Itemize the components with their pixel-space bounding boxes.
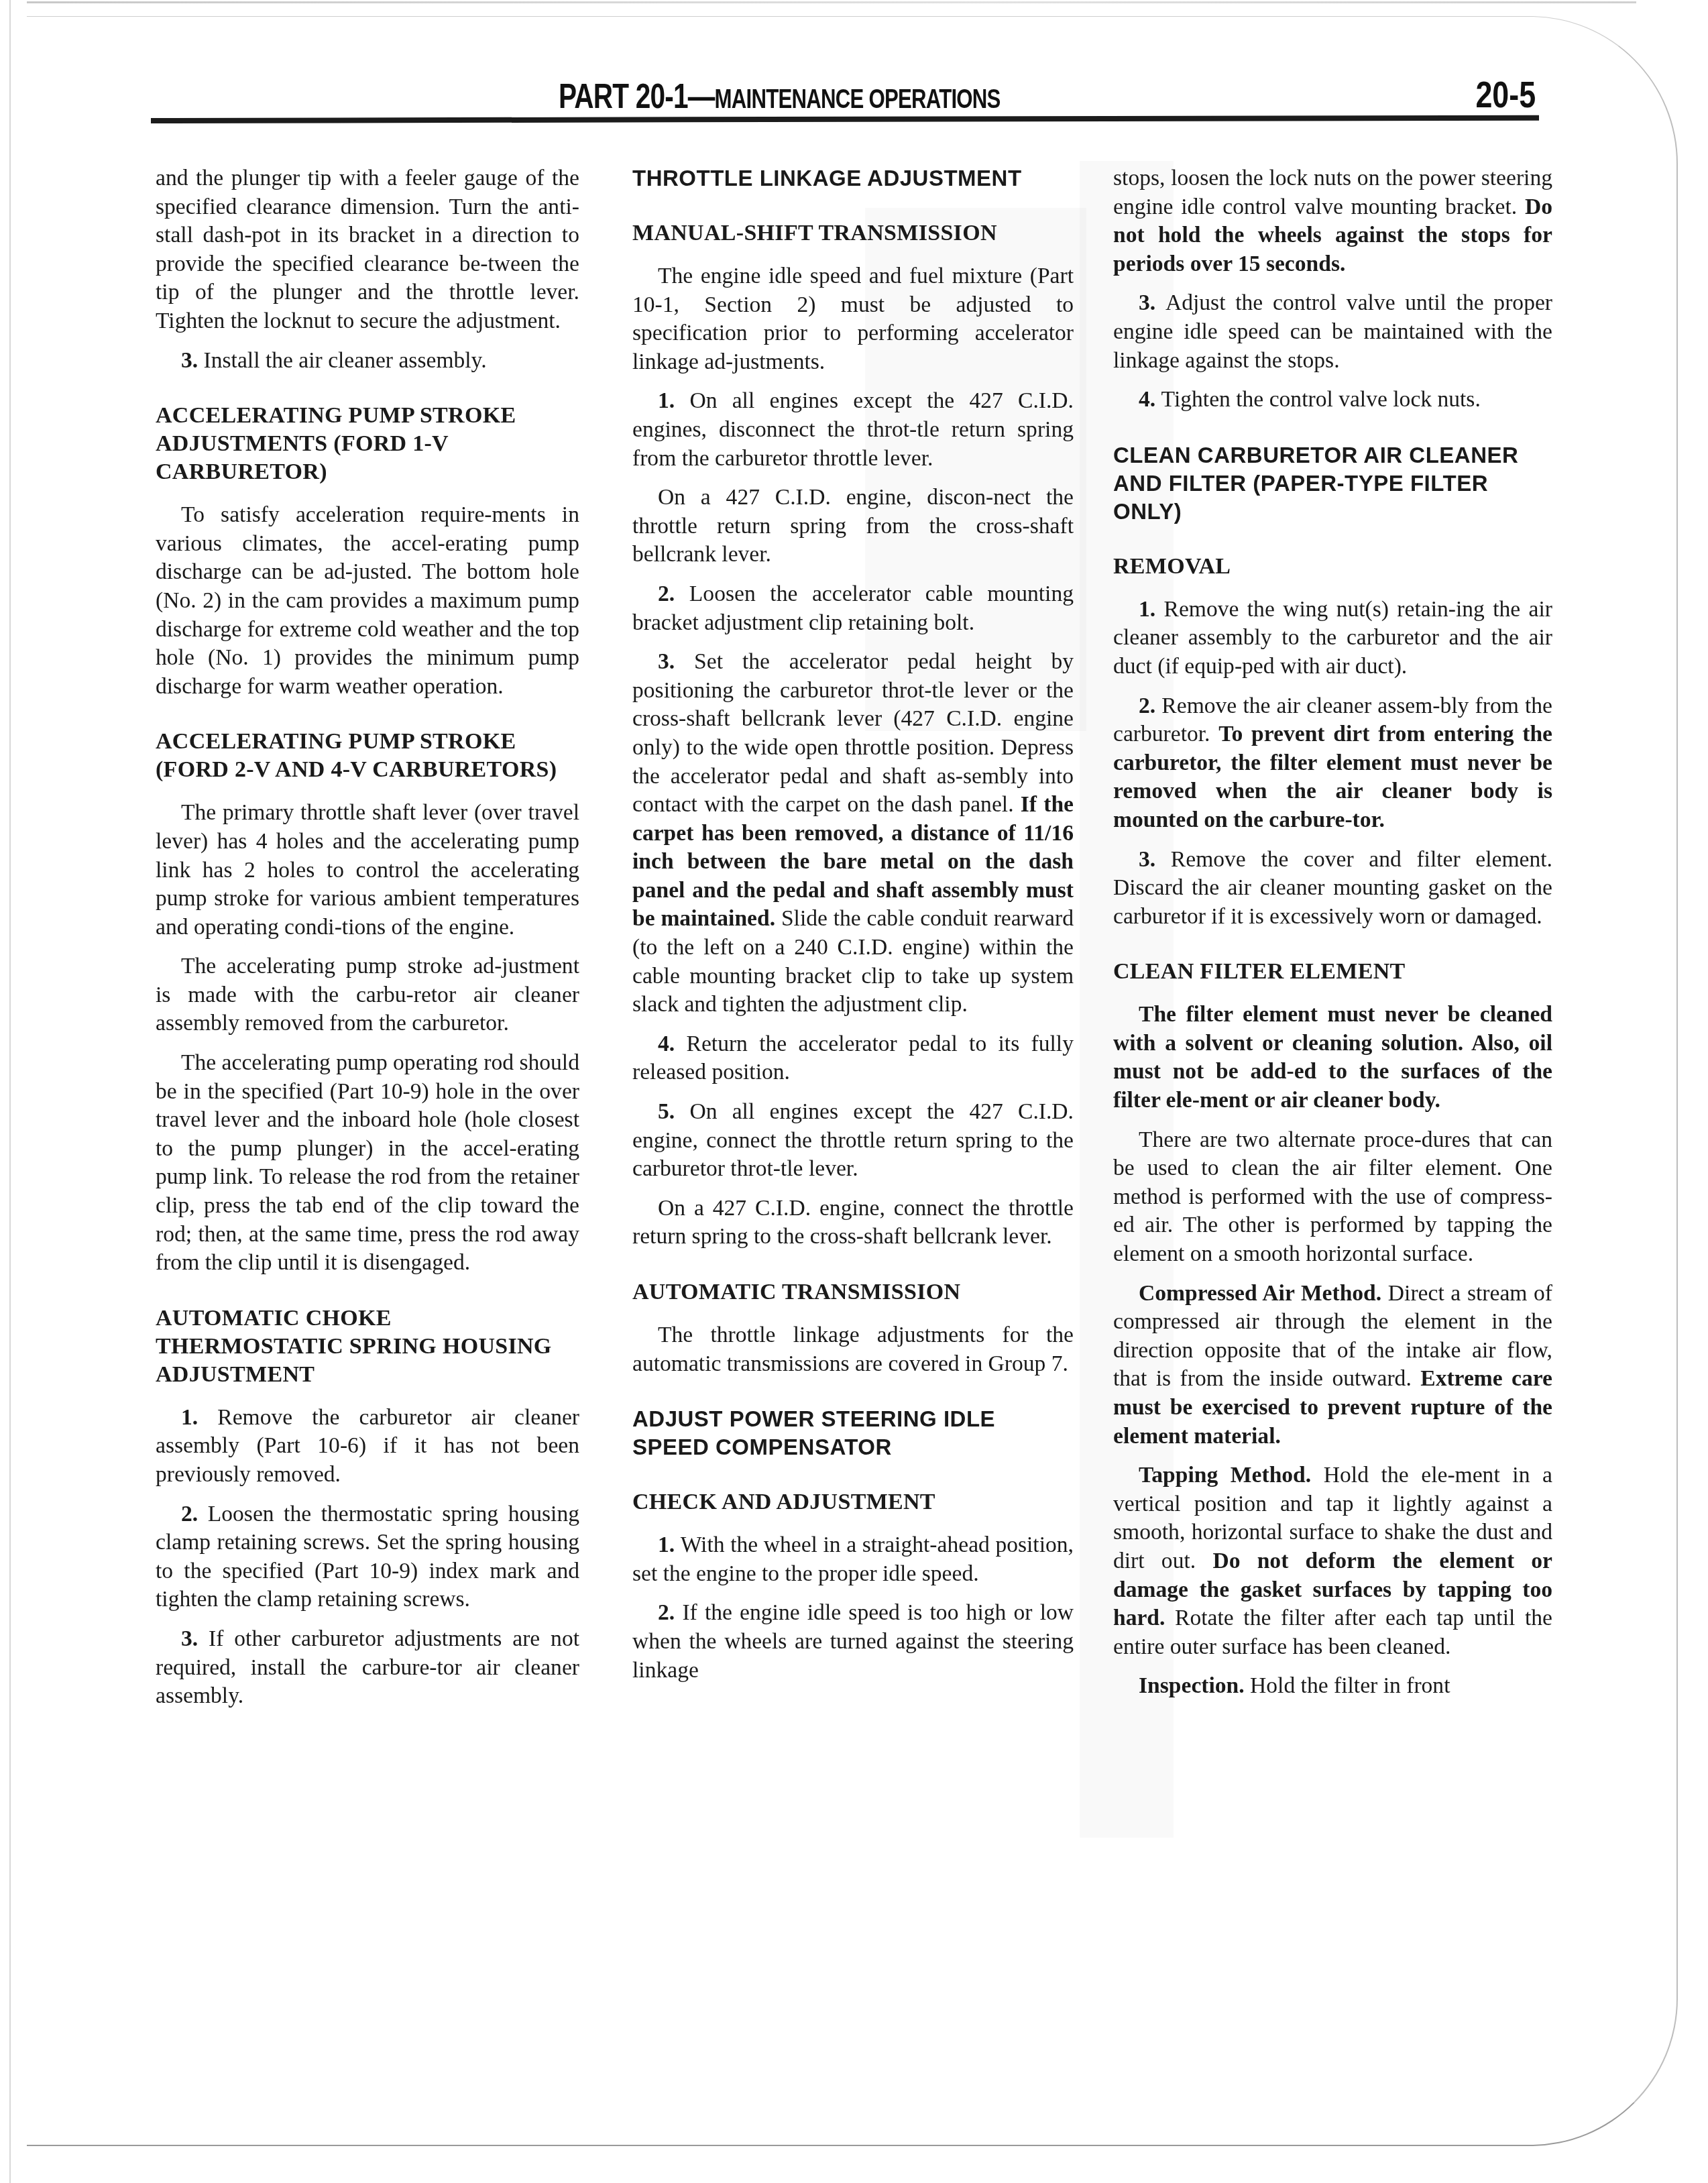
bold-text: 2. (181, 1502, 208, 1526)
section-heading: MANUAL-SHIFT TRANSMISSION (632, 219, 1074, 247)
bold-text: 2. (1139, 693, 1161, 718)
body-text: stops, loosen the lock nuts on the power… (1113, 166, 1552, 219)
section-title: MAINTENANCE OPERATIONS (715, 85, 1001, 114)
bold-text: 1. (1139, 597, 1164, 622)
body-text: The accelerating pump operating rod shou… (156, 1050, 579, 1275)
paragraph: 3. Adjust the control valve until the pr… (1113, 289, 1552, 375)
paragraph: On a 427 C.I.D. engine, discon-nect the … (632, 484, 1074, 569)
body-text: Adjust the control valve until the prope… (1113, 290, 1552, 372)
paragraph: 2. Loosen the thermostatic spring housin… (156, 1500, 579, 1614)
paragraph: The accelerating pump operating rod shou… (156, 1049, 579, 1278)
body-text: On a 427 C.I.D. engine, connect the thro… (632, 1196, 1074, 1249)
body-text: and the plunger tip with a feeler gauge … (156, 166, 579, 333)
paragraph: 5. On all engines except the 427 C.I.D. … (632, 1098, 1074, 1184)
bold-text: 3. (1139, 290, 1165, 315)
bold-text: 3. (658, 649, 694, 674)
body-text: To satisfy acceleration require-ments in… (156, 502, 579, 699)
paragraph: and the plunger tip with a feeler gauge … (156, 164, 579, 336)
paragraph: Tapping Method. Hold the ele-ment in a v… (1113, 1461, 1552, 1661)
body-text: Tighten the control valve lock nuts. (1161, 387, 1481, 412)
paragraph: The filter element must never be cleaned… (1113, 1001, 1552, 1115)
scan-left-edge (9, 0, 11, 2183)
bold-text: 1. (658, 388, 689, 413)
section-heading: CLEAN FILTER ELEMENT (1113, 958, 1552, 986)
body-text: If other carburetor adjustments are not … (156, 1626, 579, 1708)
body-text: Rotate the filter after each tap until t… (1113, 1606, 1552, 1659)
body-text: On all engines except the 427 C.I.D. eng… (632, 1099, 1074, 1181)
body-text: Remove the wing nut(s) retain-ing the ai… (1113, 597, 1552, 679)
paragraph: Inspection. Hold the filter in front (1113, 1672, 1552, 1701)
section-heading: AUTOMATIC TRANSMISSION (632, 1278, 1074, 1306)
body-text: Remove the cover and filter element. Dis… (1113, 847, 1552, 929)
body-text: Install the air cleaner assembly. (204, 348, 487, 373)
body-text: If the engine idle speed is too high or … (632, 1600, 1074, 1682)
paragraph: 3. If other carburetor adjustments are n… (156, 1625, 579, 1711)
paragraph: The accelerating pump stroke ad-justment… (156, 952, 579, 1038)
paragraph: 2. Loosen the accelerator cable mounting… (632, 580, 1074, 637)
section-heading: CLEAN CARBURETOR AIR CLEANER AND FILTER … (1113, 441, 1552, 526)
section-heading: THROTTLE LINKAGE ADJUSTMENT (632, 164, 1074, 192)
part-label: PART 20-1 (559, 77, 688, 116)
body-text: The throttle linkage adjustments for the… (632, 1323, 1074, 1376)
paragraph: Compressed Air Method. Direct a stream o… (1113, 1280, 1552, 1451)
body-text: Loosen the thermostatic spring housing c… (156, 1502, 579, 1612)
paragraph: 1. Remove the carburetor air cleaner ass… (156, 1404, 579, 1490)
bold-text: 2. (658, 581, 689, 606)
paragraph: 4. Tighten the control valve lock nuts. (1113, 386, 1552, 414)
bold-text: 4. (658, 1031, 687, 1056)
paragraph: 3. Set the accelerator pedal height by p… (632, 648, 1074, 1019)
paragraph: 3. Remove the cover and filter element. … (1113, 846, 1552, 932)
paragraph: There are two alternate proce-dures that… (1113, 1126, 1552, 1269)
paragraph: The engine idle speed and fuel mixture (… (632, 262, 1074, 376)
body-text: With the wheel in a straight-ahead posit… (632, 1532, 1074, 1586)
paragraph: The primary throttle shaft lever (over t… (156, 799, 579, 942)
body-text: The accelerating pump stroke ad-justment… (156, 954, 579, 1035)
section-heading: CHECK AND ADJUSTMENT (632, 1488, 1074, 1516)
section-heading: ADJUST POWER STEERING IDLE SPEED COMPENS… (632, 1405, 1074, 1461)
paragraph: 2. Remove the air cleaner assem-bly from… (1113, 692, 1552, 835)
body-text: Hold the filter in front (1245, 1673, 1450, 1698)
column-middle: THROTTLE LINKAGE ADJUSTMENTMANUAL-SHIFT … (632, 164, 1074, 1695)
page-title: PART 20-1—MAINTENANCE OPERATIONS (559, 76, 1001, 117)
page-number: 20-5 (1475, 72, 1536, 116)
section-heading: ACCELERATING PUMP STROKE (FORD 2-V AND 4… (156, 728, 579, 784)
bold-text: 3. (181, 348, 204, 373)
body-text: On a 427 C.I.D. engine, discon-nect the … (632, 485, 1074, 567)
bold-text: 5. (658, 1099, 689, 1124)
paragraph: 2. If the engine idle speed is too high … (632, 1599, 1074, 1685)
bold-text: 1. (658, 1532, 681, 1557)
body-text: Return the accelerator pedal to its full… (632, 1031, 1074, 1085)
bold-text: 1. (181, 1405, 217, 1430)
paragraph: 1. Remove the wing nut(s) retain-ing the… (1113, 596, 1552, 681)
bold-text: Compressed Air Method. (1139, 1281, 1381, 1306)
body-text: On all engines except the 427 C.I.D. eng… (632, 388, 1074, 470)
bold-text: 3. (181, 1626, 209, 1651)
section-heading: AUTOMATIC CHOKE THERMOSTATIC SPRING HOUS… (156, 1304, 579, 1389)
paragraph: On a 427 C.I.D. engine, connect the thro… (632, 1194, 1074, 1251)
paragraph: 3. Install the air cleaner assembly. (156, 347, 579, 376)
body-text: Set the accelerator pedal height by posi… (632, 649, 1074, 817)
bold-text: Inspection. (1139, 1673, 1245, 1698)
body-text: There are two alternate proce-dures that… (1113, 1127, 1552, 1266)
paragraph: 4. Return the accelerator pedal to its f… (632, 1030, 1074, 1087)
body-text: The engine idle speed and fuel mixture (… (632, 264, 1074, 374)
column-right: stops, loosen the lock nuts on the power… (1113, 164, 1552, 1712)
title-dash: — (688, 77, 715, 116)
paragraph: 1. With the wheel in a straight-ahead po… (632, 1531, 1074, 1588)
bold-text: 2. (658, 1600, 682, 1625)
body-text: The primary throttle shaft lever (over t… (156, 800, 579, 939)
section-heading: ACCELERATING PUMP STROKE ADJUSTMENTS (FO… (156, 402, 579, 486)
paragraph: To satisfy acceleration require-ments in… (156, 501, 579, 701)
body-text: Remove the carburetor air cleaner assemb… (156, 1405, 579, 1487)
paragraph: stops, loosen the lock nuts on the power… (1113, 164, 1552, 278)
bold-text: 3. (1139, 847, 1171, 872)
section-heading: REMOVAL (1113, 553, 1552, 581)
column-left: and the plunger tip with a feeler gauge … (156, 164, 579, 1722)
bold-text: Tapping Method. (1139, 1463, 1311, 1488)
body-text: Loosen the accelerator cable mounting br… (632, 581, 1074, 635)
bold-text: 4. (1139, 387, 1161, 412)
bold-text: The filter element must never be cleaned… (1113, 1002, 1552, 1113)
paragraph: The throttle linkage adjustments for the… (632, 1321, 1074, 1378)
paragraph: 1. On all engines except the 427 C.I.D. … (632, 387, 1074, 473)
scan-top-edge (27, 1, 1636, 3)
